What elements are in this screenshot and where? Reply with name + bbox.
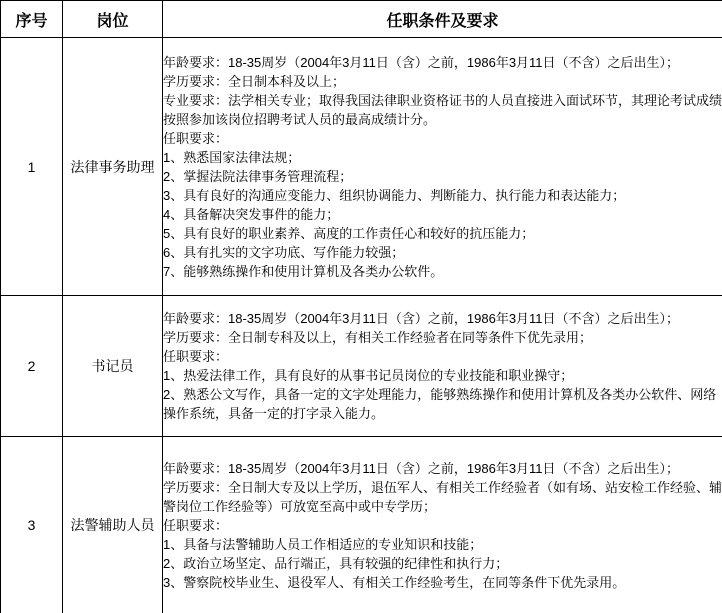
requirements-cell: 年龄要求：18-35周岁（2004年3月11日（含）之前，1986年3月11日（… [163, 296, 722, 437]
document-page: 序号 岗位 任职条件及要求 1 法律事务助理 年龄要求：18-35周岁（2004… [0, 0, 722, 613]
header-seq: 序号 [1, 1, 63, 38]
job-requirements-table: 序号 岗位 任职条件及要求 1 法律事务助理 年龄要求：18-35周岁（2004… [0, 0, 722, 613]
seq-cell: 1 [1, 38, 63, 296]
requirements-cell: 年龄要求：18-35周岁（2004年3月11日（含）之前，1986年3月11日（… [163, 38, 722, 296]
seq-cell: 3 [1, 437, 63, 613]
table-row: 3 法警辅助人员 年龄要求：18-35周岁（2004年3月11日（含）之前，19… [1, 437, 722, 613]
requirements-cell: 年龄要求：18-35周岁（2004年3月11日（含）之前，1986年3月11日（… [163, 437, 722, 613]
seq-cell: 2 [1, 296, 63, 437]
table-row: 1 法律事务助理 年龄要求：18-35周岁（2004年3月11日（含）之前，19… [1, 38, 722, 296]
position-cell: 书记员 [63, 296, 163, 437]
position-cell: 法律事务助理 [63, 38, 163, 296]
header-requirements: 任职条件及要求 [163, 1, 722, 38]
position-cell: 法警辅助人员 [63, 437, 163, 613]
header-position: 岗位 [63, 1, 163, 38]
table-header-row: 序号 岗位 任职条件及要求 [1, 1, 722, 38]
table-row: 2 书记员 年龄要求：18-35周岁（2004年3月11日（含）之前，1986年… [1, 296, 722, 437]
